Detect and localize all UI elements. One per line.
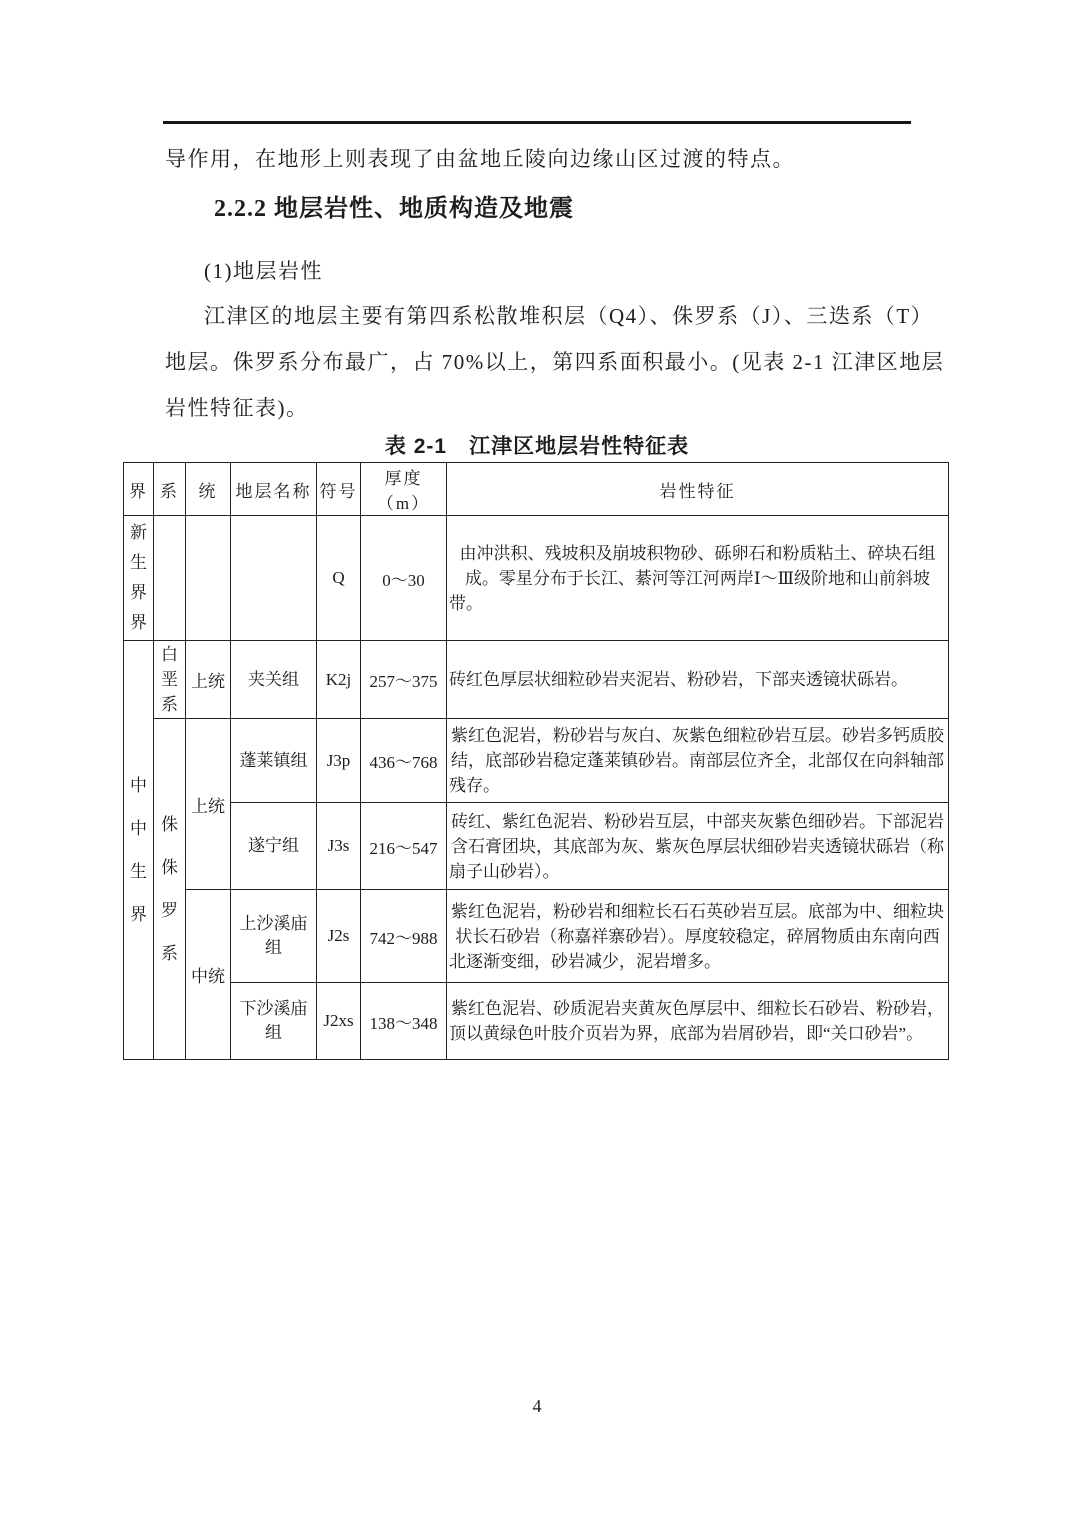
- thickness-cell: 138～348: [361, 983, 447, 1060]
- header-thickness: 厚度（m）: [361, 463, 447, 516]
- table-row: 新生界界 Q 0～30 由冲洪积、残坡积及崩坡积物砂、砾卵石和粉质粘土、碎块石组…: [124, 516, 949, 641]
- series-cell-middle-j: 中统: [186, 890, 231, 1060]
- era-cell-mesozoic: 中中生界: [124, 641, 154, 1060]
- lithology-cell: 砖红色厚层状细粒砂岩夹泥岩、粉砂岩，下部夹透镜状砾岩。: [447, 641, 949, 719]
- table-row: 中中生界 白垩系 上统 夹关组 K2j 257～375 砖红色厚层状细粒砂岩夹泥…: [124, 641, 949, 719]
- section-heading: 2.2.2 地层岩性、地质构造及地震: [214, 188, 574, 223]
- thickness-cell: 742～988: [361, 890, 447, 983]
- paragraph-line-2: 地层。侏罗系分布最广，占 70%以上，第四系面积最小。(见表 2-1 江津区地层: [165, 346, 944, 376]
- lithology-cell: 紫红色泥岩，粉砂岩与灰白、灰紫色细粒砂岩互层。砂岩多钙质胶结，底部砂岩稳定蓬莱镇…: [447, 719, 949, 803]
- page-number: 4: [0, 1396, 1074, 1417]
- page-header-rule: [163, 121, 911, 124]
- document-page: 导作用，在地形上则表现了由盆地丘陵向边缘山区过渡的特点。 2.2.2 地层岩性、…: [0, 0, 1074, 1520]
- header-era: 界: [124, 463, 154, 516]
- table-title: 表 2-1 江津区地层岩性特征表: [0, 430, 1074, 460]
- system-cell-jurassic: 侏侏罗系: [154, 719, 186, 1060]
- symbol-cell: J2xs: [317, 983, 361, 1060]
- lithology-cell: 砖红、紫红色泥岩、粉砂岩互层，中部夹灰紫色细砂岩。下部泥岩含石膏团块，其底部为灰…: [447, 803, 949, 890]
- paragraph-line-1: 江津区的地层主要有第四系松散堆积层（Q4）、侏罗系（J）、三迭系（T）: [204, 300, 933, 330]
- symbol-cell: K2j: [317, 641, 361, 719]
- header-lithology: 岩性特征: [447, 463, 949, 516]
- table-header-row: 界 系 统 地层名称 符号 厚度（m） 岩性特征: [124, 463, 949, 516]
- header-system: 系: [154, 463, 186, 516]
- formation-cell: 下沙溪庙组: [231, 983, 317, 1060]
- sub-item-label: (1)地层岩性: [204, 255, 323, 285]
- symbol-cell: J3s: [317, 803, 361, 890]
- series-cell-empty: [186, 516, 231, 641]
- table-row: 下沙溪庙组 J2xs 138～348 紫红色泥岩、砂质泥岩夹黄灰色厚层中、细粒长…: [124, 983, 949, 1060]
- system-cell-cretaceous: 白垩系: [154, 641, 186, 719]
- thickness-cell: 216～547: [361, 803, 447, 890]
- thickness-cell: 0～30: [361, 516, 447, 641]
- strata-table: 界 系 统 地层名称 符号 厚度（m） 岩性特征 新生界界 Q 0～30 由冲洪…: [123, 462, 949, 1060]
- table-row: 中统 上沙溪庙组 J2s 742～988 紫红色泥岩，粉砂岩和细粒长石石英砂岩互…: [124, 890, 949, 983]
- lithology-cell: 紫红色泥岩、砂质泥岩夹黄灰色厚层中、细粒长石砂岩、粉砂岩，顶以黄绿色叶肢介页岩为…: [447, 983, 949, 1060]
- series-cell-upper-k: 上统: [186, 641, 231, 719]
- era-cell-cenozoic: 新生界界: [124, 516, 154, 641]
- lithology-cell: 由冲洪积、残坡积及崩坡积物砂、砾卵石和粉质粘土、碎块石组成。零星分布于长江、綦河…: [447, 516, 949, 641]
- formation-cell: 蓬莱镇组: [231, 719, 317, 803]
- lithology-cell: 紫红色泥岩，粉砂岩和细粒长石石英砂岩互层。底部为中、细粒块状长石砂岩（称嘉祥寨砂…: [447, 890, 949, 983]
- header-series: 统: [186, 463, 231, 516]
- thickness-cell: 257～375: [361, 641, 447, 719]
- header-formation: 地层名称: [231, 463, 317, 516]
- system-cell-empty: [154, 516, 186, 641]
- table-row: 侏侏罗系 上统 蓬莱镇组 J3p 436～768 紫红色泥岩，粉砂岩与灰白、灰紫…: [124, 719, 949, 803]
- thickness-cell: 436～768: [361, 719, 447, 803]
- top-paragraph: 导作用，在地形上则表现了由盆地丘陵向边缘山区过渡的特点。: [165, 143, 795, 173]
- formation-cell: 遂宁组: [231, 803, 317, 890]
- table-row: 遂宁组 J3s 216～547 砖红、紫红色泥岩、粉砂岩互层，中部夹灰紫色细砂岩…: [124, 803, 949, 890]
- header-symbol: 符号: [317, 463, 361, 516]
- formation-cell: 夹关组: [231, 641, 317, 719]
- symbol-cell: J3p: [317, 719, 361, 803]
- series-cell-upper-j: 上统: [186, 719, 231, 890]
- formation-cell: 上沙溪庙组: [231, 890, 317, 983]
- symbol-cell: Q: [317, 516, 361, 641]
- formation-cell: [231, 516, 317, 641]
- paragraph-line-3: 岩性特征表)。: [165, 392, 309, 422]
- symbol-cell: J2s: [317, 890, 361, 983]
